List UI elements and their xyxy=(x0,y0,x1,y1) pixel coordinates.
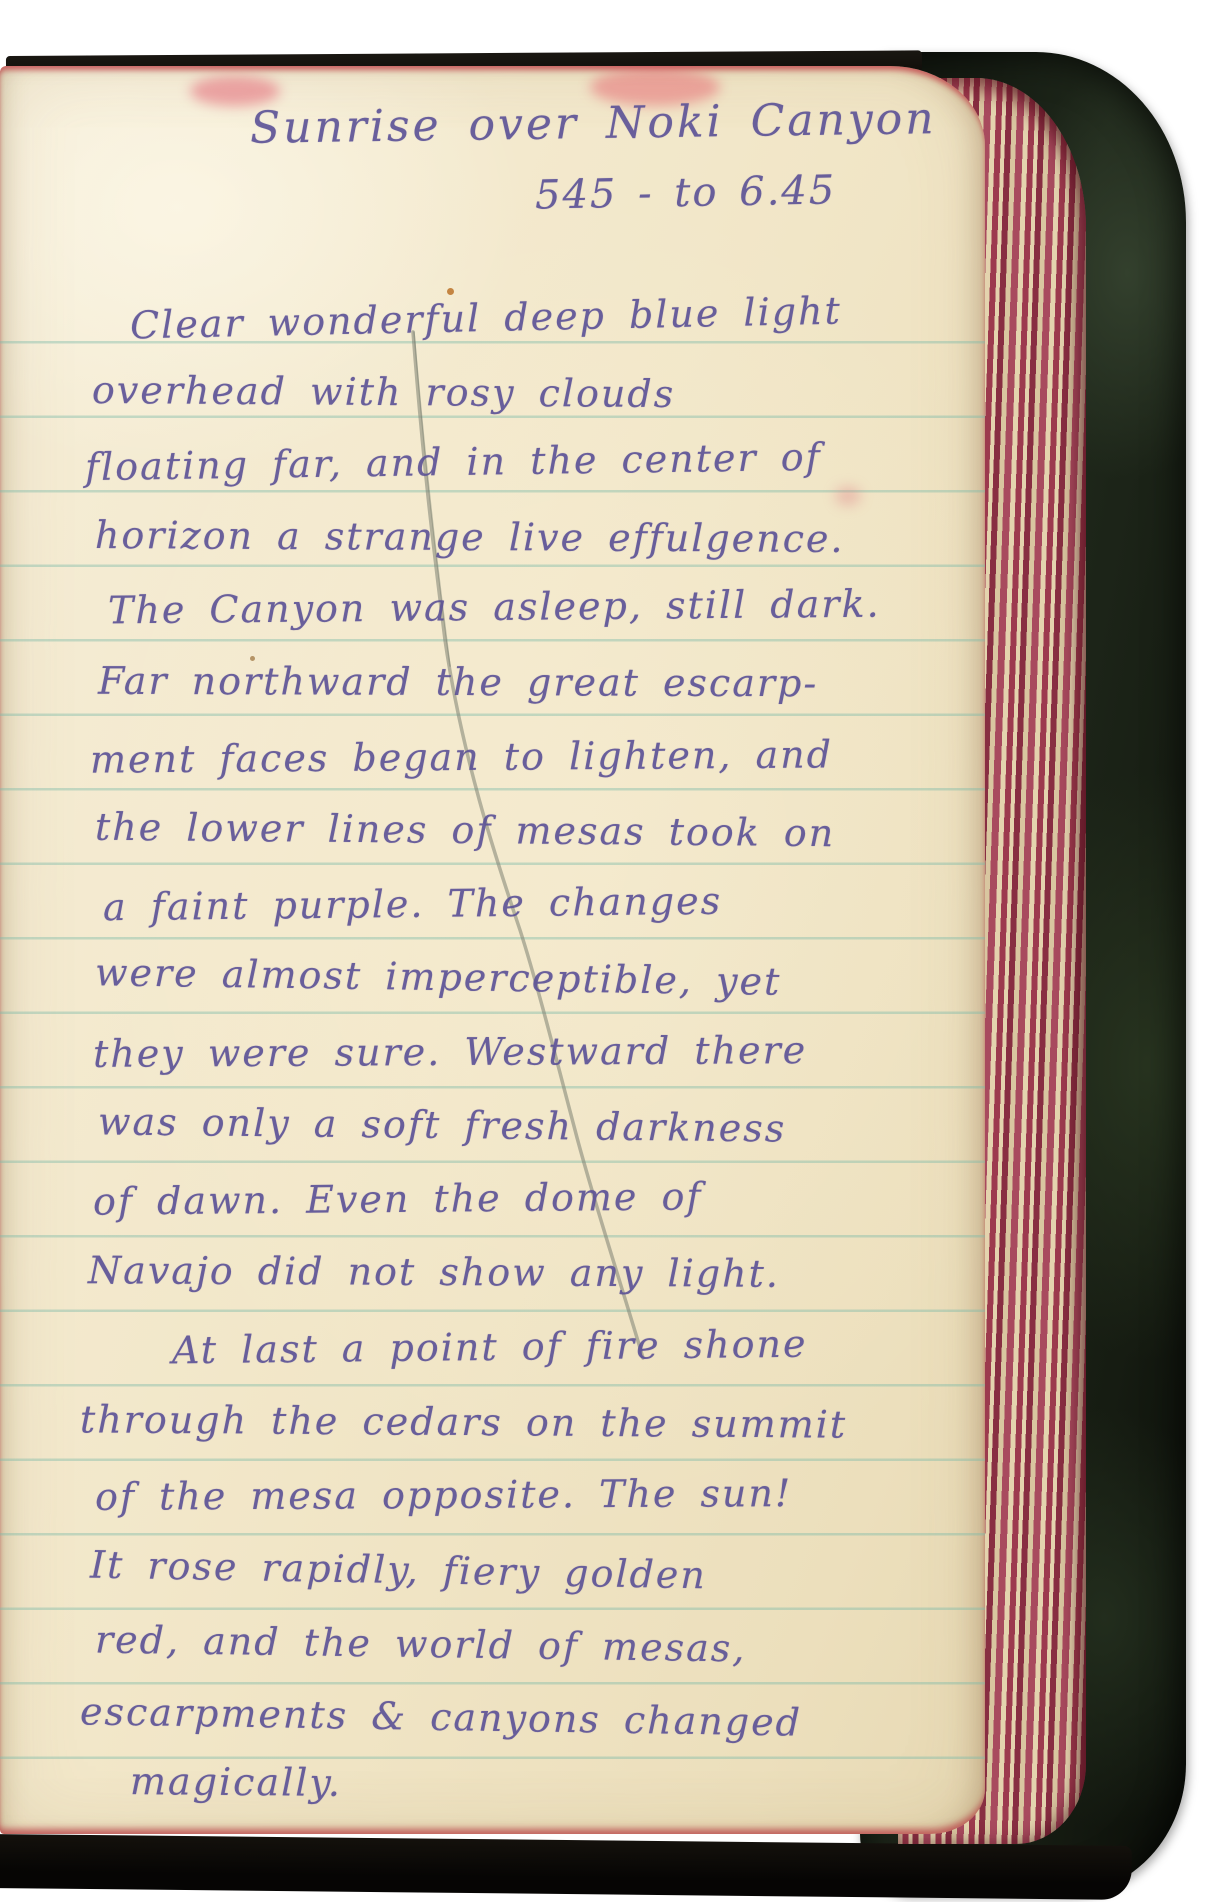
handwritten-line: the lower lines of mesas took on xyxy=(95,805,836,855)
handwritten-line: Navajo did not show any light. xyxy=(88,1248,780,1296)
handwritten-line: Far northward the great escarp- xyxy=(98,659,818,706)
handwritten-line: a faint purple. The changes xyxy=(103,879,723,929)
paper-stain xyxy=(447,288,454,295)
handwritten-line: horizon a strange live effulgence. xyxy=(95,513,845,561)
handwritten-line: of the mesa opposite. The sun! xyxy=(95,1471,792,1519)
entry-time-range: 545 - to 6.45 xyxy=(535,167,837,218)
red-dye-smudge xyxy=(190,76,280,106)
red-dye-smudge xyxy=(835,486,861,506)
handwritten-line: red, and the world of mesas, xyxy=(95,1617,747,1670)
handwritten-line: they were sure. Westward there xyxy=(93,1028,807,1076)
entry-title: Sunrise over Noki Canyon xyxy=(250,93,937,154)
handwritten-line: overhead with rosy clouds xyxy=(92,368,676,416)
handwritten-line: through the cedars on the summit xyxy=(80,1397,847,1446)
handwritten-line: ment faces began to lighten, and xyxy=(90,732,833,781)
handwritten-line: At last a point of fire shone xyxy=(172,1322,808,1373)
handwritten-line: magically. xyxy=(130,1759,342,1805)
notebook-scan: Sunrise over Noki Canyon 545 - to 6.45 C… xyxy=(0,0,1224,1902)
journal-page: Sunrise over Noki Canyon 545 - to 6.45 C… xyxy=(0,66,985,1834)
handwritten-line: of dawn. Even the dome of xyxy=(93,1174,703,1223)
handwritten-line: was only a soft fresh darkness xyxy=(98,1099,787,1150)
handwritten-line: The Canyon was asleep, still dark. xyxy=(108,582,881,633)
